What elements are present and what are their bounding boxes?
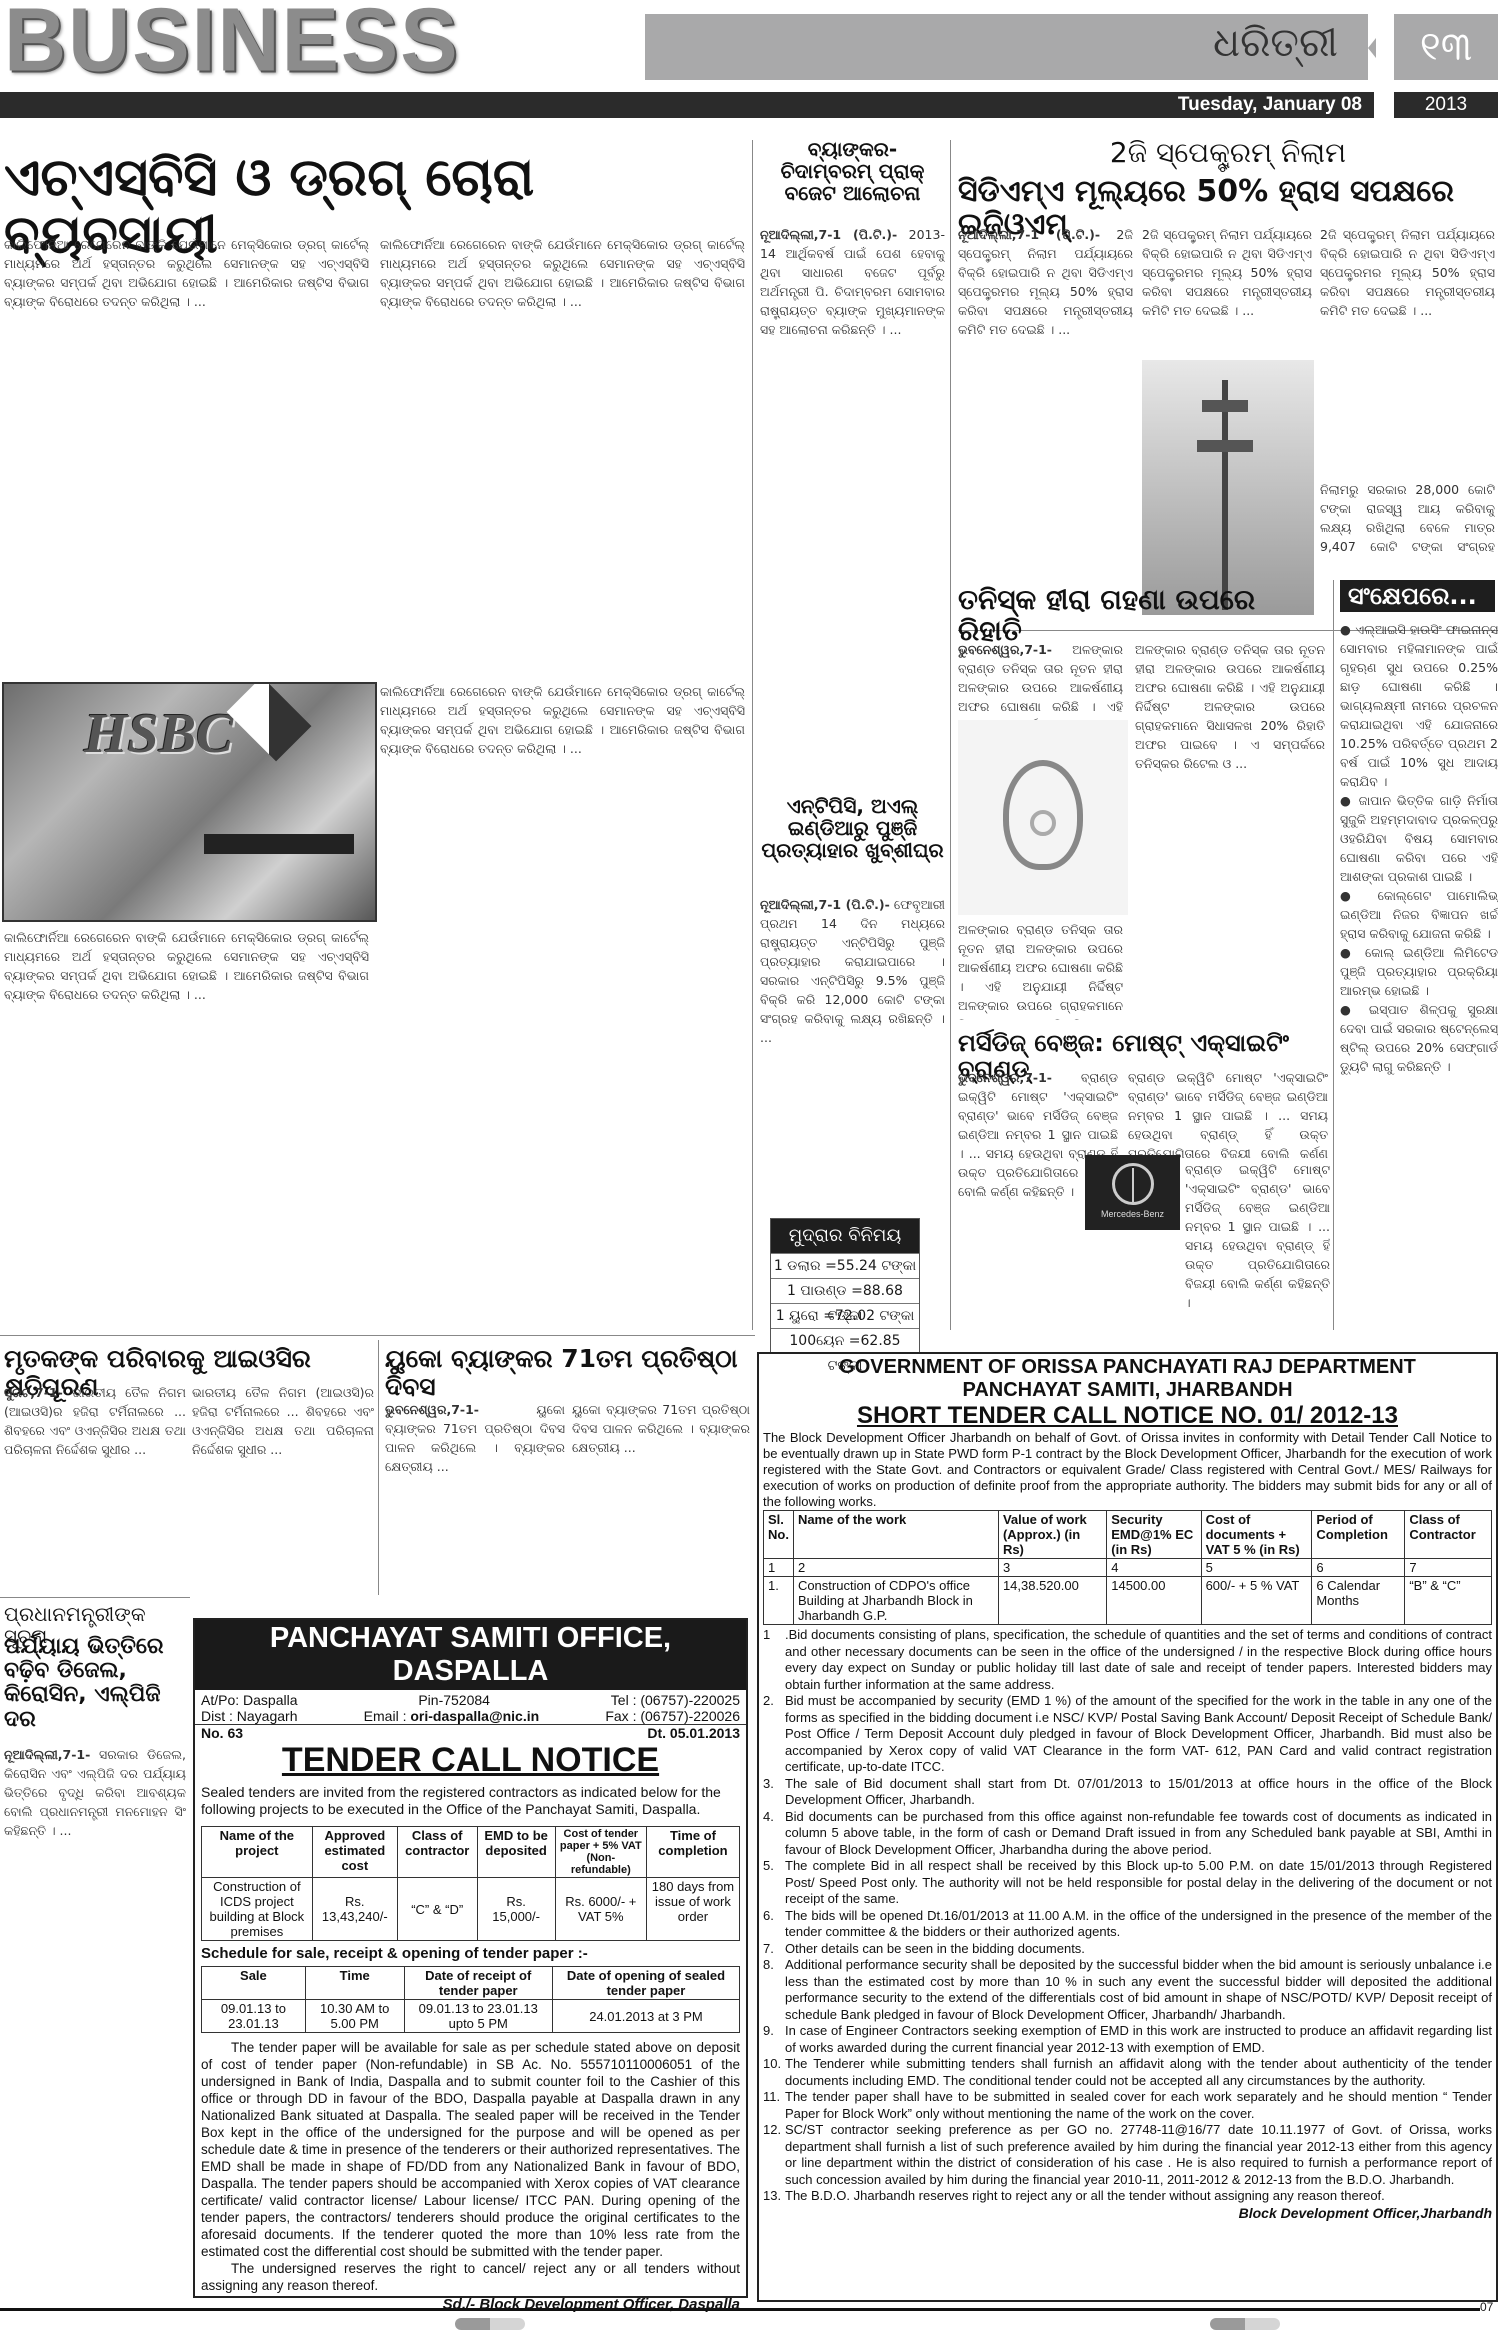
ioc-body-col1: ସୁରଟ,7-1- ଭାରତୀୟ ତୈଳ ନିଗମ (ଆଇଓସି)ର ହଜିରା… — [4, 1383, 186, 1593]
in-brief-item: ● କୋଲ୍ଗେଟ ପାମୋଲିଭ୍ ଇଣ୍ଡିଆ ନିଜର ବିଜ୍ଞାପନ … — [1340, 886, 1498, 943]
exchange-rate-box: ମୁଦ୍ରାର ବିନିମୟ 1 ଡଲାର =55.24 ଟଙ୍କା 1 ପାଉ… — [770, 1218, 920, 1354]
tanishq-dateline: ଭୁବନେଶ୍ୱର,7-1- — [958, 642, 1052, 657]
mercedes-dateline: ଭୁବନେଶ୍ୱର,7-1- — [958, 1070, 1052, 1085]
daspalla-para2: The undersigned reserves the right to ca… — [201, 2260, 740, 2294]
masthead-notch-arrow-icon — [1368, 38, 1376, 58]
column-divider — [752, 140, 753, 1330]
table-header: Name of the work — [793, 1511, 998, 1559]
currency-label: 1 ଡଲାର — [774, 1258, 821, 1274]
ntpc-headline: ଏନ୍ଟିପିସି, ଅଏଲ୍ ଇଣ୍ଡିଆରୁ ପୁଞ୍ଜି ପ୍ରତ୍ୟାହ… — [760, 795, 945, 861]
ntpc-dateline: ନୂଆଦିଲ୍ଲୀ,7-1 (ପି.ଟି.)- — [760, 897, 890, 912]
spectrum-body-col2: 2ଜି ସ୍ପେକ୍ଟ୍ରମ୍ ନିଲାମ ପର୍ଯ୍ୟାୟରେ ବିକ୍ରି … — [1142, 225, 1312, 355]
table-cell: Rs. 13,43,240/- — [312, 1878, 397, 1941]
diamond-jewellery-photo — [958, 720, 1128, 915]
spectrum-dateline: ନୂଆଦିଲ୍ଲୀ,7-1 (ପି.ଟି.)- — [958, 227, 1100, 242]
page-indicator-right — [1210, 2318, 1280, 2330]
condition-number: 2. — [763, 1693, 785, 1776]
daspalla-tel: Tel : (06757)-220025 — [611, 1692, 740, 1708]
in-brief-item-text: କୋଲ୍ଗେଟ ପାମୋଲିଭ୍ ଇଣ୍ଡିଆ ନିଜର ବିଜ୍ଞାପନ ଖର… — [1340, 888, 1498, 941]
condition-text: The tender paper shall have to be submit… — [785, 2089, 1492, 2122]
in-brief-item-text: ଜାପାନ ଭିତ୍ତିକ ଗାଡ଼ି ନିର୍ମାତା ସୁଜୁକି ଅହମ୍… — [1340, 793, 1498, 884]
condition-item: 4.Bid documents can be purchased from th… — [763, 1809, 1492, 1859]
jharbandh-title: SHORT TENDER CALL NOTICE NO. 01/ 2012-13 — [763, 1402, 1492, 1430]
exchange-rate-title: ମୁଦ୍ରାର ବିନିମୟ — [771, 1219, 919, 1253]
spectrum-body-end: ନିଲାମରୁ ସରକାର 28,000 କୋଟି ଟଙ୍କା ରାଜସ୍ୱ ଆ… — [1320, 480, 1495, 560]
daspalla-address: At/Po: Daspalla — [201, 1692, 298, 1708]
condition-number: 13. — [763, 2188, 785, 2205]
table-header: Sale — [202, 1967, 306, 2000]
jharbandh-header-line2: PANCHAYAT SAMITI, JHARBANDH — [763, 1379, 1492, 1402]
table-header: Time — [305, 1967, 404, 2000]
daspalla-office-title: PANCHAYAT SAMITI OFFICE, DASPALLA — [195, 1620, 746, 1690]
in-brief-item: ● କୋଲ୍ ଇଣ୍ଡିଆ ଲିମିଟେଡ ପୁଞ୍ଜି ପ୍ରତ୍ୟାହାର … — [1340, 943, 1498, 1000]
condition-item: 3.The sale of Bid document shall start f… — [763, 1776, 1492, 1809]
jharbandh-conditions-list: 1.Bid documents consisting of plans, spe… — [763, 1627, 1492, 2205]
daspalla-notice-date: Dt. 05.01.2013 — [647, 1725, 740, 1741]
mercedes-body-col2: ବ୍ରାଣ୍ଡ ଇକ୍ୱିଟି ମୋଷ୍ଟ 'ଏକ୍ସାଇଟିଂ ବ୍ରାଣ୍ଡ… — [1128, 1068, 1328, 1158]
tender-notice-daspalla: PANCHAYAT SAMITI OFFICE, DASPALLA At/Po:… — [193, 1618, 748, 2298]
date-bar: Tuesday, January 08 — [0, 92, 1374, 118]
condition-number: 8. — [763, 1957, 785, 2023]
table-cell: 09.01.13 to 23.01.13 — [202, 2000, 306, 2033]
mercedes-body-col3: ବ୍ରାଣ୍ଡ ଇକ୍ୱିଟି ମୋଷ୍ଟ 'ଏକ୍ସାଇଟିଂ ବ୍ରାଣ୍ଡ… — [1185, 1160, 1330, 1320]
in-brief-item-text: ଏଲ୍ଆଇସି ହାଉସିଂ ଫାଇନାନ୍ସ ସୋମବାର ମହିଳାମାନଙ… — [1340, 622, 1498, 789]
hsbc-body-col3: କାଲିଫୋର୍ନିଆ ରେଗେରେନ ବାଙ୍କି ଯେଉଁମାନେ ମେକ୍… — [380, 682, 745, 1342]
table-header: Security EMD@1% EC (in Rs) — [1107, 1511, 1201, 1559]
tender-notice-jharbandh: GOVERNMENT OF ORISSA PANCHAYATI RAJ DEPA… — [757, 1352, 1498, 2302]
daspalla-district: Dist : Nayagarh — [201, 1708, 297, 1724]
newspaper-name: ଧରିତ୍ରୀ — [1213, 20, 1338, 66]
bank-budget-dateline: ନୂଆଦିଲ୍ଲୀ,7-1 (ପି.ଟି.)- — [760, 227, 897, 242]
jharbandh-signature: Block Development Officer,Jharbandh — [763, 2205, 1492, 2221]
daspalla-fax: Fax : (06757)-220026 — [605, 1708, 740, 1724]
condition-item: 13.The B.D.O. Jharbandh reserves right t… — [763, 2188, 1492, 2205]
daspalla-title: TENDER CALL NOTICE — [201, 1741, 740, 1780]
table-header: Approved estimated cost — [312, 1827, 397, 1878]
uco-body-col1: ଭୁବନେଶ୍ୱର,7-1- ୟୁକୋ ବ୍ୟାଙ୍କର 71ତମ ପ୍ରତିଷ… — [385, 1400, 565, 1600]
mercedes-logo-photo: Mercedes-Benz — [1085, 1155, 1180, 1230]
exchange-rate-row-eur: 1 ୟୁରୋ =72.02 ଟଙ୍କା — [771, 1303, 919, 1328]
hsbc-logo-icon — [227, 682, 312, 761]
email-value[interactable]: ori-daspalla@nic.in — [410, 1708, 539, 1724]
daspalla-schedule-table: Sale Time Date of receipt of tender pape… — [201, 1966, 740, 2033]
table-cell: 24.01.2013 at 3 PM — [552, 2000, 739, 2033]
condition-text: The complete Bid in all respect shall be… — [785, 1858, 1492, 1908]
condition-number: 7. — [763, 1941, 785, 1958]
daspalla-contact-row1: At/Po: Daspalla Pin-752084 Tel : (06757)… — [201, 1692, 740, 1708]
table-index-row: 1 2 3 4 5 6 7 — [764, 1559, 1492, 1577]
table-row: 09.01.13 to 23.01.13 10.30 AM to 5.00 PM… — [202, 2000, 740, 2033]
jharbandh-header-line1: GOVERNMENT OF ORISSA PANCHAYATI RAJ DEPA… — [763, 1356, 1492, 1379]
daspalla-project-table: Name of the project Approved estimated c… — [201, 1826, 740, 1941]
daspalla-notice-number: No. 63 — [201, 1725, 243, 1741]
daspalla-ref-row: No. 63 Dt. 05.01.2013 — [195, 1724, 746, 1741]
table-cell: 09.01.13 to 23.01.13 upto 5 PM — [404, 2000, 552, 2033]
mercedes-logo-label: Mercedes-Benz — [1101, 1209, 1164, 1219]
condition-item: 1.Bid documents consisting of plans, spe… — [763, 1627, 1492, 1693]
condition-number: 12. — [763, 2122, 785, 2188]
table-cell: 180 days from issue of work order — [646, 1878, 739, 1941]
table-cell: Rs. 6000/- + VAT 5% — [555, 1878, 646, 1941]
footer-rule — [0, 2308, 1480, 2311]
table-row: Construction of ICDS project building at… — [202, 1878, 740, 1941]
exchange-rate-row-usd: 1 ଡଲାର =55.24 ଟଙ୍କା — [771, 1253, 919, 1278]
daspalla-schedule-title: Schedule for sale, receipt & opening of … — [201, 1945, 740, 1962]
tanishq-headline: ତନିସ୍କ ହୀରା ଗହଣା ଉପରେ ରିହାତି — [958, 585, 1328, 647]
table-header: Name of the project — [202, 1827, 313, 1878]
column-divider — [950, 140, 951, 1330]
condition-item: 8.Additional performance security shall … — [763, 1957, 1492, 2023]
spectrum-body-col1: ନୂଆଦିଲ୍ଲୀ,7-1 (ପି.ଟି.)- 2ଜି ସ୍ପେକ୍ଟ୍ରମ୍ … — [958, 225, 1133, 620]
table-cell: Construction of ICDS project building at… — [202, 1878, 313, 1941]
hsbc-photo: HSBC — [2, 682, 377, 922]
condition-number: 5. — [763, 1858, 785, 1908]
condition-text: .Bid documents consisting of plans, spec… — [785, 1627, 1492, 1693]
email-label: Email : — [364, 1708, 411, 1724]
bank-budget-text: 2013-14 ଆର୍ଥିକବର୍ଷ ପାଇଁ ପେଶ ହେବାକୁ ଥିବା … — [760, 227, 945, 337]
currency-rate: =72.02 ଟଙ୍କା — [823, 1308, 914, 1324]
condition-number: 10. — [763, 2056, 785, 2089]
daspalla-para1: The tender paper will be available for s… — [201, 2039, 740, 2260]
year-badge: 2013 — [1394, 92, 1498, 118]
condition-item: 11.The tender paper shall have to be sub… — [763, 2089, 1492, 2122]
hsbc-body-col1: କାଲିଫୋର୍ନିଆ ରେଗେରେନ ବାଙ୍କି ଯେଉଁମାନେ ମେକ୍… — [4, 235, 369, 680]
in-brief-item: ● ଇସ୍ପାତ ଶିଳ୍ପକୁ ସୁରକ୍ଷା ଦେବା ପାଇଁ ସରକାର… — [1340, 1000, 1498, 1076]
condition-item: 5.The complete Bid in all respect shall … — [763, 1858, 1492, 1908]
daspalla-pin: Pin-752084 — [418, 1692, 490, 1708]
table-header: Cost of tender paper + 5% VAT (Non-refun… — [555, 1827, 646, 1878]
table-header-row: Sale Time Date of receipt of tender pape… — [202, 1967, 740, 2000]
table-cell: 6 Calendar Months — [1312, 1577, 1405, 1625]
table-cell: “B” & “C” — [1405, 1577, 1492, 1625]
table-cell: 2 — [793, 1559, 998, 1577]
exchange-rate-row-gbp: 1 ପାଉଣ୍ଡ =88.68 ଟଙ୍କା — [771, 1278, 919, 1303]
table-header-row: Name of the project Approved estimated c… — [202, 1827, 740, 1878]
jharbandh-works-table: Sl. No. Name of the work Value of work (… — [763, 1510, 1492, 1625]
condition-text: Other details can be seen in the bidding… — [785, 1941, 1492, 1958]
section-divider — [0, 1597, 190, 1598]
currency-label: 1 ୟୁରୋ — [776, 1308, 819, 1324]
condition-number: 9. — [763, 2023, 785, 2056]
currency-label: 100ୟେନ — [789, 1333, 844, 1349]
table-header: Time of completion — [646, 1827, 739, 1878]
column-divider — [1333, 580, 1334, 1330]
table-cell: 600/- + 5 % VAT — [1201, 1577, 1312, 1625]
diesel-body: ନୂଆଦିଲ୍ଲୀ,7-1- ସରକାର ଡିଜେଲ, କିରୋସିନ ଏବଂ … — [4, 1745, 186, 2320]
table-cell: 3 — [998, 1559, 1106, 1577]
mercedes-star-icon — [1112, 1163, 1154, 1205]
table-header: Class of Contractor — [1405, 1511, 1492, 1559]
condition-item: 6.The bids will be opened Dt.16/01/2013 … — [763, 1908, 1492, 1941]
table-cell: 10.30 AM to 5.00 PM — [305, 2000, 404, 2033]
in-brief-item: ● ଜାପାନ ଭିତ୍ତିକ ଗାଡ଼ି ନିର୍ମାତା ସୁଜୁକି ଅହ… — [1340, 791, 1498, 886]
tanishq-body-col2: ଅଳଙ୍କାର ବ୍ରାଣ୍ଡ ତନିସ୍କ ତାର ନୂତନ ହୀରା ଅଳଙ… — [1135, 640, 1325, 1020]
in-brief-item: ● ଏଲ୍ଆଇସି ହାଉସିଂ ଫାଇନାନ୍ସ ସୋମବାର ମହିଳାମା… — [1340, 620, 1498, 791]
pendant-stone — [1030, 810, 1056, 836]
condition-item: 7.Other details can be seen in the biddi… — [763, 1941, 1492, 1958]
in-brief-item-text: କୋଲ୍ ଇଣ୍ଡିଆ ଲିମିଟେଡ ପୁଞ୍ଜି ପ୍ରତ୍ୟାହାର ପ୍… — [1340, 945, 1498, 998]
diesel-headline: ପର୍ଯ୍ୟାୟ ଭିତ୍ତିରେ ବଢ଼ିବ ଡିଜେଲ, କିରୋସିନ, … — [4, 1635, 186, 1732]
condition-text: The B.D.O. Jharbandh reserves right to r… — [785, 2188, 1492, 2205]
table-header: Cost of documents + VAT 5 % (in Rs) — [1201, 1511, 1312, 1559]
ioc-body-col2: ଭାରତୀୟ ତୈଳ ନିଗମ (ଆଇଓସି)ର ହଜିରା ଟର୍ମିନାଲର… — [192, 1383, 374, 1593]
ntpc-text: ଫେବୃଆରୀ ପ୍ରଥମ 14 ଦିନ ମଧ୍ୟରେ ରାଷ୍ଟ୍ରାୟତ୍ତ… — [760, 897, 945, 1045]
daspalla-email: Email : ori-daspalla@nic.in — [364, 1708, 539, 1724]
condition-number: 6. — [763, 1908, 785, 1941]
table-cell: 1 — [764, 1559, 794, 1577]
condition-text: SC/ST contractor seeking preference as p… — [785, 2122, 1492, 2188]
table-cell: “C” & “D” — [397, 1878, 477, 1941]
table-header: Date of receipt of tender paper — [404, 1967, 552, 2000]
section-title: BUSINESS — [4, 0, 460, 82]
table-header: EMD to be deposited — [477, 1827, 555, 1878]
table-header: Period of Completion — [1312, 1511, 1405, 1559]
ioc-dateline: ସୁରଟ,7-1- — [4, 1385, 63, 1400]
tanishq-body-col1b: ଅଳଙ୍କାର ବ୍ରାଣ୍ଡ ତନିସ୍କ ତାର ନୂତନ ହୀରା ଅଳଙ… — [958, 920, 1123, 1020]
condition-number: 4. — [763, 1809, 785, 1859]
condition-number: 11. — [763, 2089, 785, 2122]
table-cell: 1. — [764, 1577, 794, 1625]
uco-dateline: ଭୁବନେଶ୍ୱର,7-1- — [385, 1402, 479, 1417]
hsbc-sign-text: HSBC — [84, 702, 233, 766]
uco-headline: ୟୁକୋ ବ୍ୟାଙ୍କର 71ତମ ପ୍ରତିଷ୍ଠା ଦିବସ — [385, 1345, 755, 1400]
photo-door-detail — [204, 834, 354, 854]
condition-item: 2.Bid must be accompanied by security (E… — [763, 1693, 1492, 1776]
condition-item: 12.SC/ST contractor seeking preference a… — [763, 2122, 1492, 2188]
condition-text: In case of Engineer Contractors seeking … — [785, 2023, 1492, 2056]
hsbc-body-col2: କାଲିଫୋର୍ନିଆ ରେଗେରେନ ବାଙ୍କି ଯେଉଁମାନେ ମେକ୍… — [380, 235, 745, 680]
uco-body-col2: ୟୁକୋ ବ୍ୟାଙ୍କର 71ତମ ପ୍ରତିଷ୍ଠା ଦିବସ ପାଳନ କ… — [572, 1400, 750, 1600]
bank-budget-body: ନୂଆଦିଲ୍ଲୀ,7-1 (ପି.ଟି.)- 2013-14 ଆର୍ଥିକବର… — [760, 225, 945, 775]
table-cell: Rs. 15,000/- — [477, 1878, 555, 1941]
in-brief-item-text: ଇସ୍ପାତ ଶିଳ୍ପକୁ ସୁରକ୍ଷା ଦେବା ପାଇଁ ସରକାର ଷ… — [1340, 1002, 1498, 1074]
tower-mast — [1222, 380, 1228, 610]
page-indicator-left — [455, 2318, 525, 2330]
spectrum-text: 2ଜି ସ୍ପେକ୍ଟ୍ରମ୍ ନିଲାମ ପର୍ଯ୍ୟାୟରେ ବିକ୍ରି … — [958, 227, 1133, 337]
condition-text: The sale of Bid document shall start fro… — [785, 1776, 1492, 1809]
condition-text: Bid documents can be purchased from this… — [785, 1809, 1492, 1859]
condition-number: 1 — [763, 1627, 785, 1693]
currency-rate: =55.24 ଟଙ୍କା — [825, 1258, 916, 1274]
table-header-row: Sl. No. Name of the work Value of work (… — [764, 1511, 1492, 1559]
column-divider — [378, 1340, 379, 1595]
condition-text: The bids will be opened Dt.16/01/2013 at… — [785, 1908, 1492, 1941]
currency-label: 1 ପାଉଣ୍ଡ — [787, 1283, 847, 1299]
ntpc-body: ନୂଆଦିଲ୍ଲୀ,7-1 (ପି.ଟି.)- ଫେବୃଆରୀ ପ୍ରଥମ 14… — [760, 895, 945, 1180]
table-header: Sl. No. — [764, 1511, 794, 1559]
table-cell: 14500.00 — [1107, 1577, 1201, 1625]
diesel-dateline: ନୂଆଦିଲ୍ଲୀ,7-1- — [4, 1747, 90, 1762]
condition-text: Bid must be accompanied by security (EMD… — [785, 1693, 1492, 1776]
table-cell: 4 — [1107, 1559, 1201, 1577]
bank-budget-headline: ବ୍ୟାଙ୍କର- ଚିଦାମ୍ବରମ୍ ପ୍ରାକ୍ ବଜେଟ ଆଲୋଚନା — [760, 138, 945, 204]
table-cell: 7 — [1405, 1559, 1492, 1577]
table-header: Value of work (Approx.) (in Rs) — [998, 1511, 1106, 1559]
footer-page-ref: 07 — [1480, 2300, 1493, 2314]
telecom-tower-photo — [1142, 360, 1314, 615]
table-header: Class of contractor — [397, 1827, 477, 1878]
condition-item: 9.In case of Engineer Contractors seekin… — [763, 2023, 1492, 2056]
page-number: ୧୩ — [1394, 14, 1498, 80]
hsbc-body-col4: କାଲିଫୋର୍ନିଆ ରେଗେରେନ ବାଙ୍କି ଯେଉଁମାନେ ମେକ୍… — [4, 928, 369, 1342]
masthead-banner: ଧରିତ୍ରୀ — [645, 14, 1368, 80]
table-cell: 14,38.520.00 — [998, 1577, 1106, 1625]
tanishq-body-col1: ଭୁବନେଶ୍ୱର,7-1- ଅଳଙ୍କାର ବ୍ରାଣ୍ଡ ତନିସ୍କ ତା… — [958, 640, 1123, 720]
table-cell: Construction of CDPO's office Building a… — [793, 1577, 998, 1625]
exchange-rate-row-jpy: 100ୟେନ =62.85 ଟଙ୍କା — [771, 1328, 919, 1353]
table-cell: 5 — [1201, 1559, 1312, 1577]
condition-item: 10.The Tenderer while submitting tenders… — [763, 2056, 1492, 2089]
in-brief-title: ସଂକ୍ଷେପରେ... — [1340, 580, 1495, 612]
tower-antenna — [1197, 440, 1253, 452]
table-header: Date of opening of sealed tender paper — [552, 1967, 739, 2000]
condition-number: 3. — [763, 1776, 785, 1809]
condition-text: The Tenderer while submitting tenders sh… — [785, 2056, 1492, 2089]
condition-text: Additional performance security shall be… — [785, 1957, 1492, 2023]
section-divider — [0, 1335, 755, 1336]
in-brief-list: ● ଏଲ୍ଆଇସି ହାଉସିଂ ଫାଇନାନ୍ସ ସୋମବାର ମହିଳାମା… — [1340, 620, 1498, 1320]
table-row: 1. Construction of CDPO's office Buildin… — [764, 1577, 1492, 1625]
spectrum-kicker: 2ଜି ସ୍ପେକ୍ଟ୍ରମ୍ ନିଲାମ — [958, 138, 1498, 169]
daspalla-contact-row2: Dist : Nayagarh Email : ori-daspalla@nic… — [201, 1708, 740, 1724]
tower-antenna — [1202, 400, 1248, 412]
daspalla-intro: Sealed tenders are invited from the regi… — [201, 1784, 740, 1818]
jharbandh-intro: The Block Development Officer Jharbandh … — [763, 1430, 1492, 1510]
spectrum-body-col3: 2ଜି ସ୍ପେକ୍ଟ୍ରମ୍ ନିଲାମ ପର୍ଯ୍ୟାୟରେ ବିକ୍ରି … — [1320, 225, 1495, 400]
table-cell: 6 — [1312, 1559, 1405, 1577]
